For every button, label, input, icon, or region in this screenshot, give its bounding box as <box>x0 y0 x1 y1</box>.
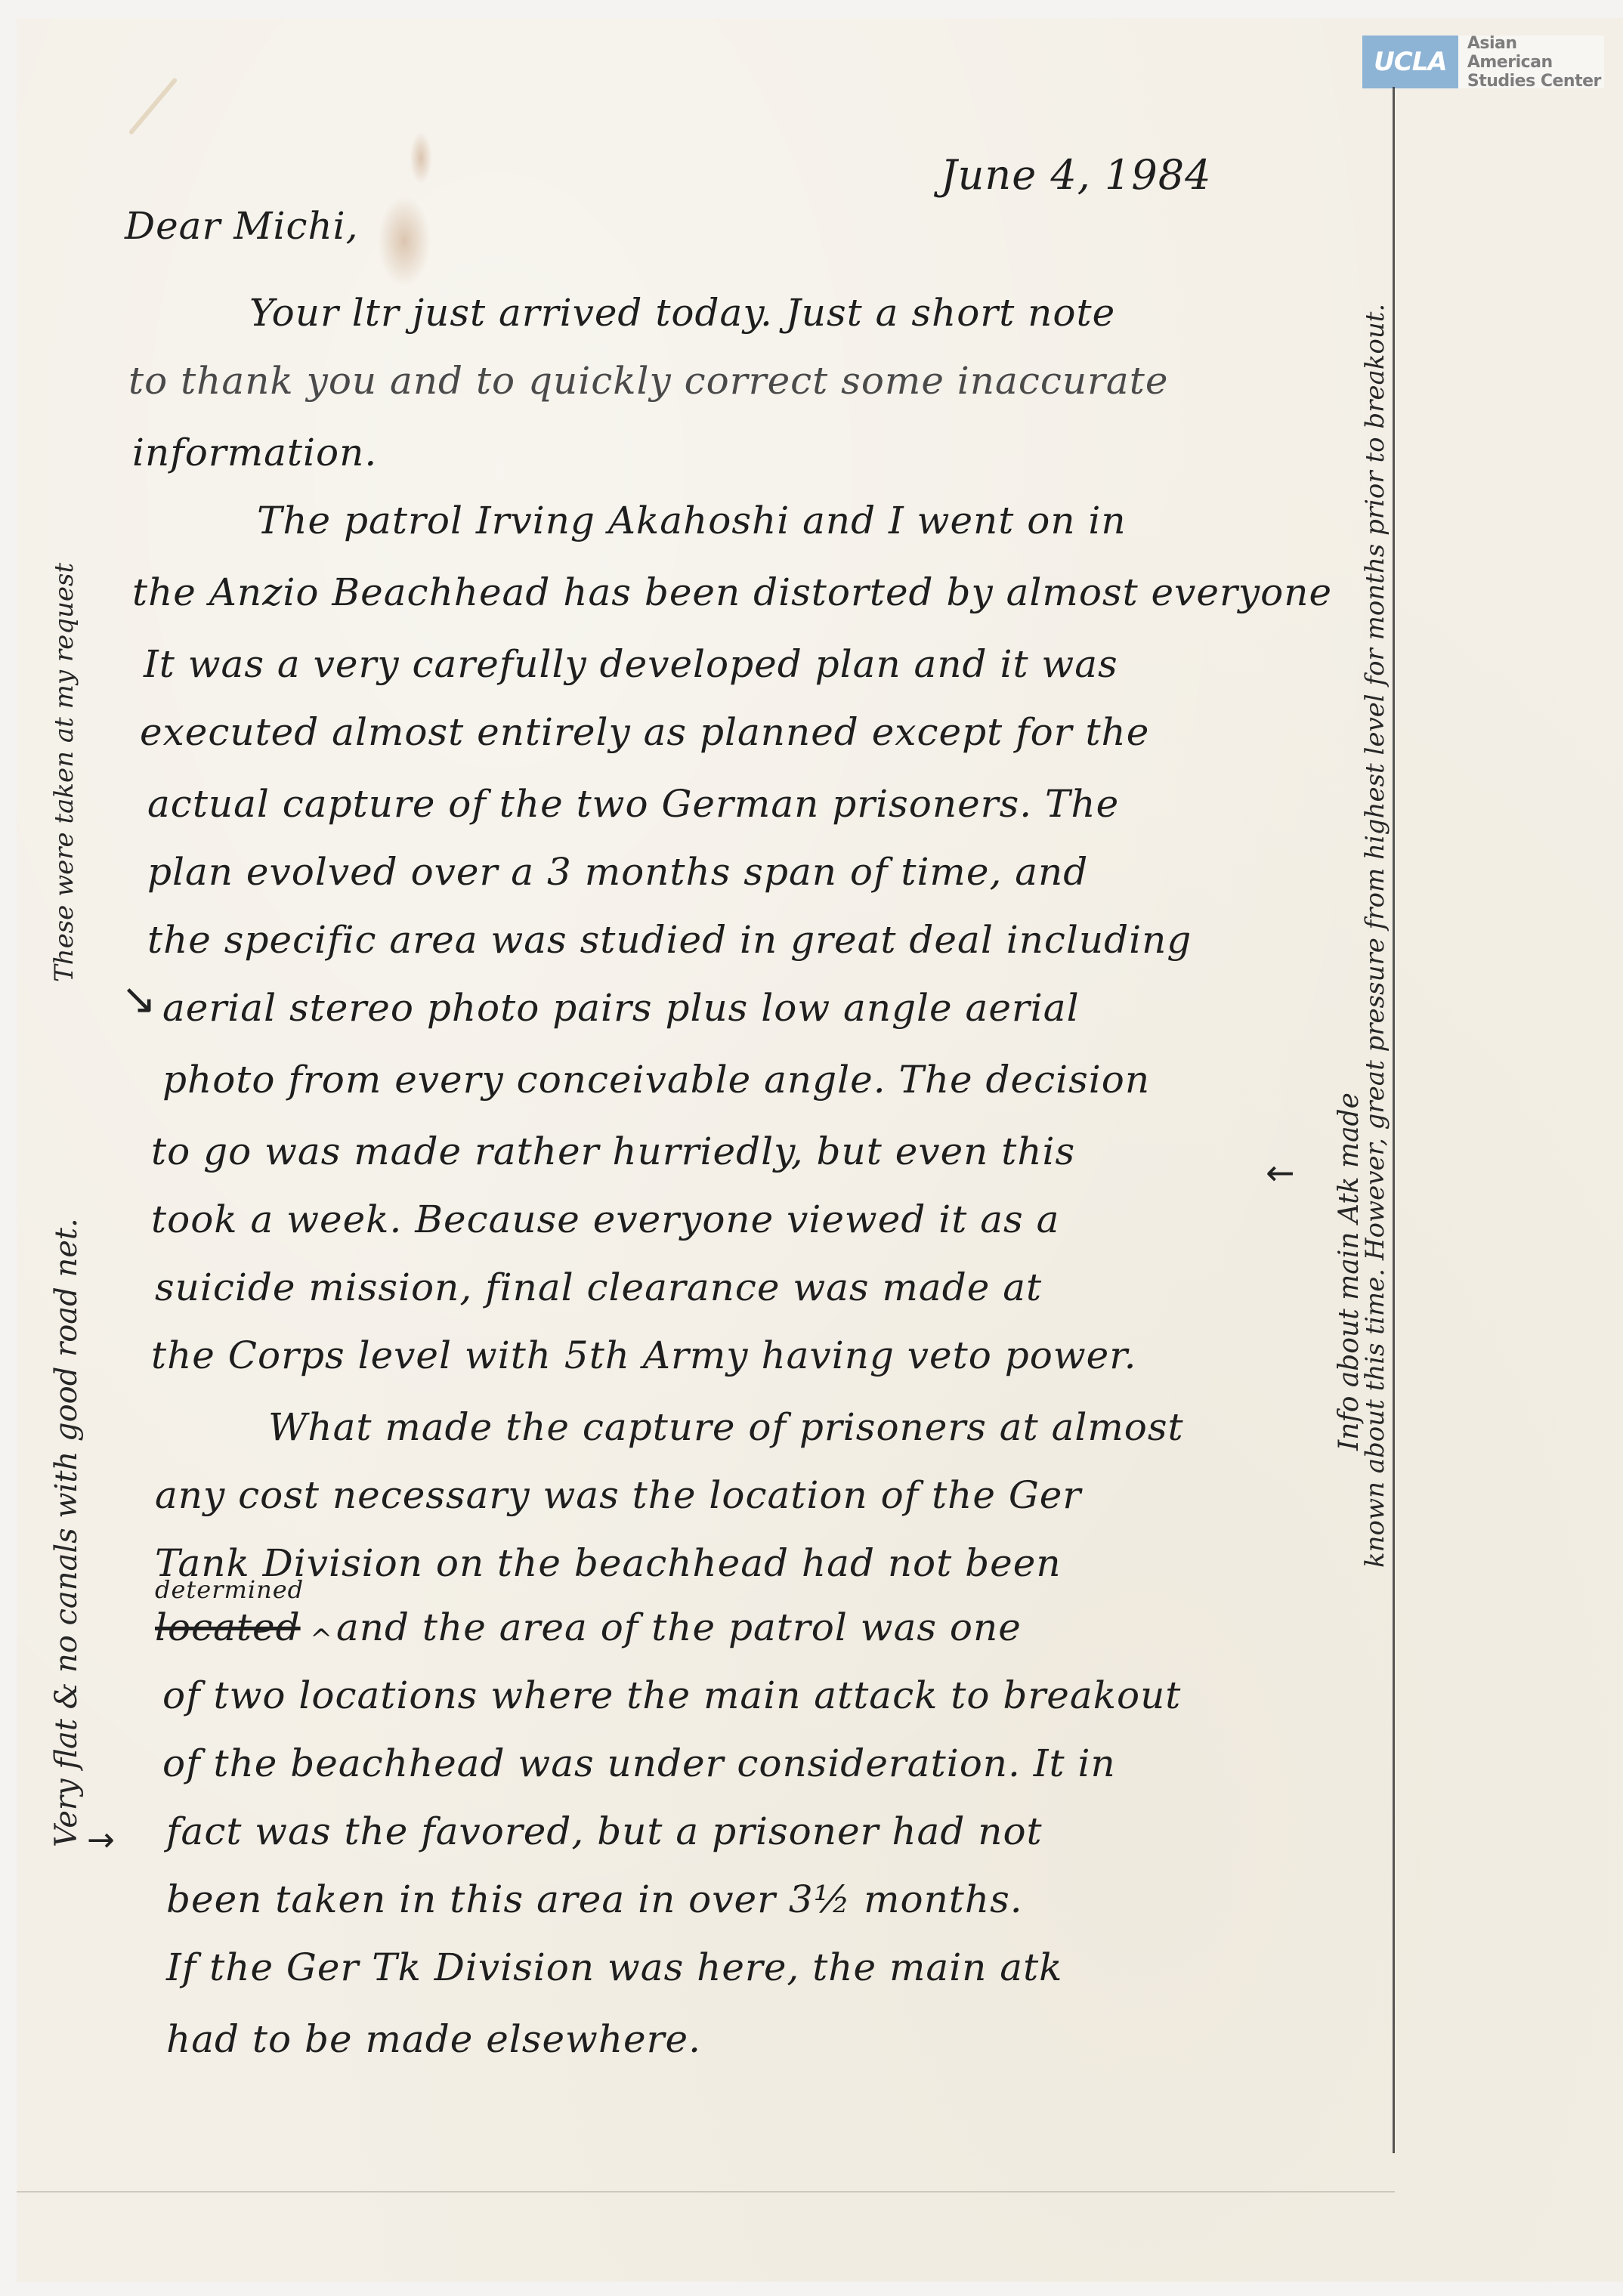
letter-line: had to be made elsewhere. <box>166 2017 701 2061</box>
letter-line: the specific area was studied in great d… <box>147 918 1192 962</box>
letter-line: any cost necessary was the location of t… <box>155 1473 1081 1517</box>
letter-line: photo from every conceivable angle. The … <box>162 1058 1150 1102</box>
bottom-margin-rule <box>17 2191 1395 2192</box>
inserted-word: determined <box>155 1575 304 1604</box>
paper-crease <box>128 77 178 135</box>
letter-line: Your ltr just arrived today. Just a shor… <box>249 291 1115 335</box>
rust-stain <box>410 131 432 184</box>
letter-line: actual capture of the two German prisone… <box>147 782 1119 826</box>
letter-line: to thank you and to quickly correct some… <box>128 359 1168 403</box>
logo-line-1: Asian American <box>1467 34 1604 72</box>
letter-line: the Anzio Beachhead has been distorted b… <box>132 570 1332 614</box>
arrow-icon: ↘ <box>121 975 156 1024</box>
letter-line: The patrol Irving Akahoshi and I went on… <box>257 499 1127 542</box>
letter-line: suicide mission, final clearance was mad… <box>155 1265 1042 1309</box>
left-margin-note-upper: These were taken at my request <box>49 563 79 982</box>
struck-word: located <box>155 1605 301 1649</box>
letter-line: It was a very carefully developed plan a… <box>144 642 1118 686</box>
ucla-wordmark: UCLA <box>1374 47 1447 77</box>
letter-line: executed almost entirely as planned exce… <box>140 710 1149 754</box>
ucla-aasc-logo: UCLA Asian American Studies Center <box>1362 36 1604 88</box>
letter-line: information. <box>132 431 377 474</box>
letter-line: If the Ger Tk Division was here, the mai… <box>166 1945 1062 1989</box>
letter-line: of the beachhead was under consideration… <box>162 1741 1116 1785</box>
arrow-icon: → <box>87 1821 115 1859</box>
letter-line: been taken in this area in over 3½ month… <box>166 1877 1023 1921</box>
insertion-caret: ^ <box>310 1624 333 1655</box>
letter-date: June 4, 1984 <box>941 151 1211 199</box>
right-margin-note-line2: known about this time. However, great pr… <box>1360 304 1390 1568</box>
letter-line: What made the capture of prisoners at al… <box>268 1405 1184 1449</box>
salutation: Dear Michi, <box>125 204 359 248</box>
logo-line-2: Studies Center <box>1467 72 1604 91</box>
left-margin-note-lower: Very flat & no canals with good road net… <box>49 1218 84 1847</box>
letter-line: to go was made rather hurriedly, but eve… <box>151 1129 1075 1173</box>
letter-line: of two locations where the main attack t… <box>162 1673 1181 1717</box>
ucla-logo-mark: UCLA <box>1362 36 1458 88</box>
letter-line: the Corps level with 5th Army having vet… <box>151 1333 1137 1377</box>
letter-line: fact was the favored, but a prisoner had… <box>166 1809 1043 1853</box>
letter-line: aerial stereo photo pairs plus low angle… <box>162 986 1080 1030</box>
rust-stain <box>378 196 431 286</box>
logo-caption: Asian American Studies Center <box>1458 36 1604 88</box>
letter-line: took a week. Because everyone viewed it … <box>151 1197 1059 1241</box>
letter-line: and the area of the patrol was one <box>336 1605 1022 1649</box>
arrow-icon: ← <box>1266 1152 1295 1193</box>
letter-line: plan evolved over a 3 months span of tim… <box>147 850 1088 894</box>
right-margin-rule <box>1393 87 1395 2153</box>
